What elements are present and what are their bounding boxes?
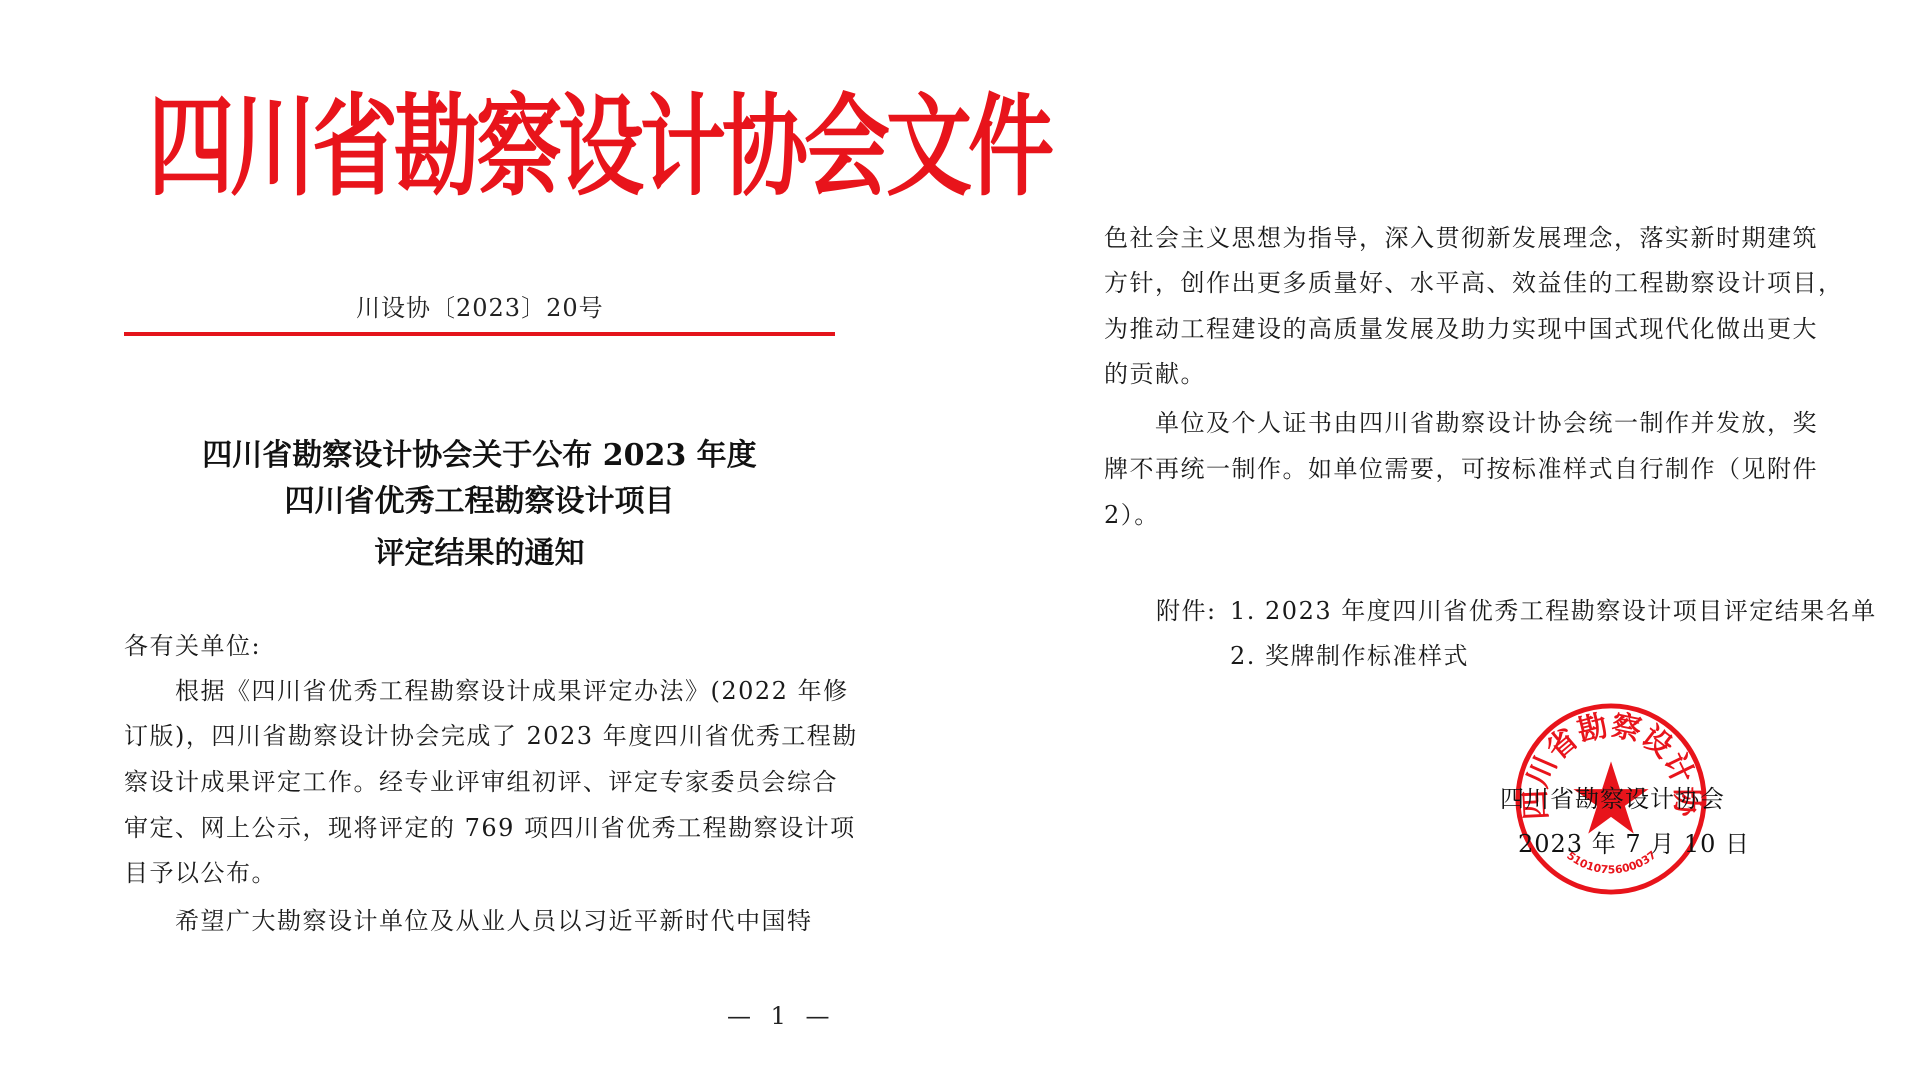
body-line: 2）。: [1104, 499, 1816, 531]
notice-title-line-2: 四川省优秀工程勘察设计项目: [124, 482, 835, 522]
notice-title-line-3: 评定结果的通知: [124, 534, 835, 574]
body-line: 单位及个人证书由四川省勘察设计协会统一制作并发放，奖: [1104, 407, 1816, 439]
notice-title-line-1: 四川省勘察设计协会关于公布 2023 年度: [124, 436, 835, 476]
page-number: — 1 —: [727, 1002, 836, 1030]
body-line: 的贡献。: [1104, 358, 1816, 390]
signature-date: 2023 年 7 月 10 日: [1518, 828, 1750, 860]
body-line: 方针，创作出更多质量好、水平高、效益佳的工程勘察设计项目，: [1104, 267, 1816, 299]
body-line: 目予以公布。: [124, 857, 836, 889]
attachments-label: 附件:: [1156, 595, 1217, 627]
body-line: 审定、网上公示，现将评定的 769 项四川省优秀工程勘察设计项: [124, 812, 836, 844]
attachment-item-1: 1. 2023 年度四川省优秀工程勘察设计项目评定结果名单: [1230, 595, 1877, 627]
issuer-red-header: 四川省勘察设计协会文件: [148, 76, 818, 219]
body-line: 希望广大勘察设计单位及从业人员以习近平新时代中国特: [124, 905, 836, 937]
signature-organization: 四川省勘察设计协会: [1500, 783, 1725, 815]
body-line: 色社会主义思想为指导，深入贯彻新发展理念，落实新时期建筑: [1104, 222, 1816, 254]
body-line: 为推动工程建设的高质量发展及助力实现中国式现代化做出更大: [1104, 313, 1816, 345]
attachment-item-2: 2. 奖牌制作标准样式: [1230, 640, 1469, 672]
body-line: 根据《四川省优秀工程勘察设计成果评定办法》(2022 年修: [124, 675, 836, 707]
body-line: 察设计成果评定工作。经专业评审组初评、评定专家委员会综合: [124, 766, 836, 798]
red-divider-rule: [124, 332, 835, 336]
body-line: 牌不再统一制作。如单位需要，可按标准样式自行制作（见附件: [1104, 453, 1816, 485]
body-line: 订版)，四川省勘察设计协会完成了 2023 年度四川省优秀工程勘: [124, 720, 836, 752]
salutation: 各有关单位:: [124, 630, 261, 662]
document-number: 川设协〔2023〕20号: [356, 292, 604, 324]
